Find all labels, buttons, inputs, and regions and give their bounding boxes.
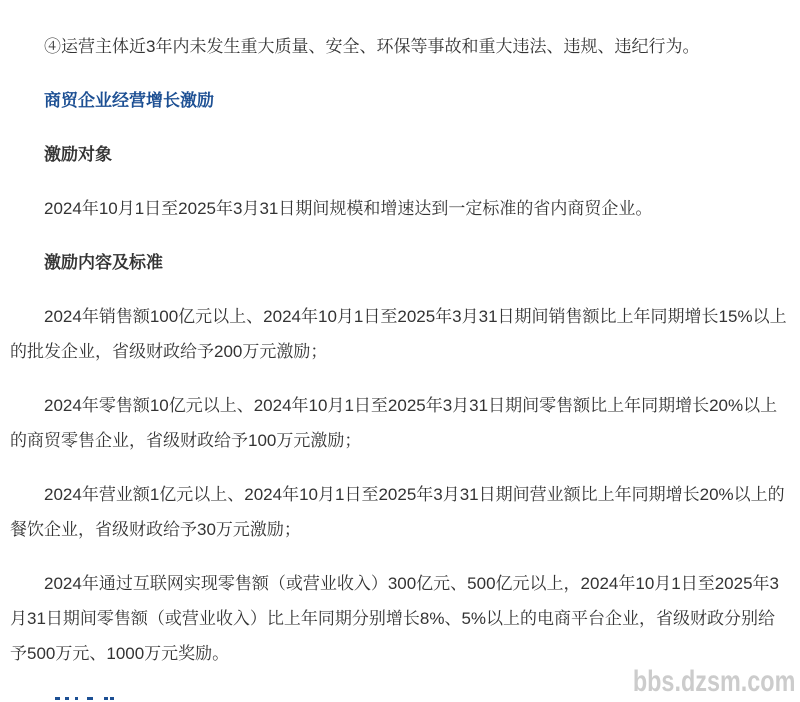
heading-glyph-fragment <box>65 697 69 700</box>
heading-glyph-fragment <box>55 697 60 700</box>
heading-glyph-fragment <box>110 697 114 700</box>
heading-glyph-fragment <box>87 697 93 700</box>
article-page: ④运营主体近3年内未发生重大质量、安全、环保等事故和重大违法、违规、违纪行为。 … <box>0 0 800 702</box>
subheading-incentive-target: 激励对象 <box>10 137 790 172</box>
paragraph-condition-item-4: ④运营主体近3年内未发生重大质量、安全、环保等事故和重大违法、违规、违纪行为。 <box>10 29 790 64</box>
paragraph-ecommerce-incentive: 2024年通过互联网实现零售额（或营业收入）300亿元、500亿元以上，2024… <box>10 566 790 671</box>
paragraph-incentive-target: 2024年10月1日至2025年3月31日期间规模和增速达到一定标准的省内商贸企… <box>10 191 790 226</box>
site-watermark: bbs.dzsm.com <box>632 667 795 697</box>
paragraph-wholesale-incentive: 2024年销售额100亿元以上、2024年10月1日至2025年3月31日期间销… <box>10 299 790 369</box>
subheading-incentive-content-and-standard: 激励内容及标准 <box>10 245 790 280</box>
paragraph-catering-incentive: 2024年营业额1亿元以上、2024年10月1日至2025年3月31日期间营业额… <box>10 477 790 547</box>
heading-glyph-fragment <box>75 697 78 700</box>
paragraph-retail-incentive: 2024年零售额10亿元以上、2024年10月1日至2025年3月31日期间零售… <box>10 388 790 458</box>
section-heading-trade-enterprise-growth-incentive: 商贸企业经营增长激励 <box>10 83 790 118</box>
heading-glyph-fragment <box>104 697 108 700</box>
